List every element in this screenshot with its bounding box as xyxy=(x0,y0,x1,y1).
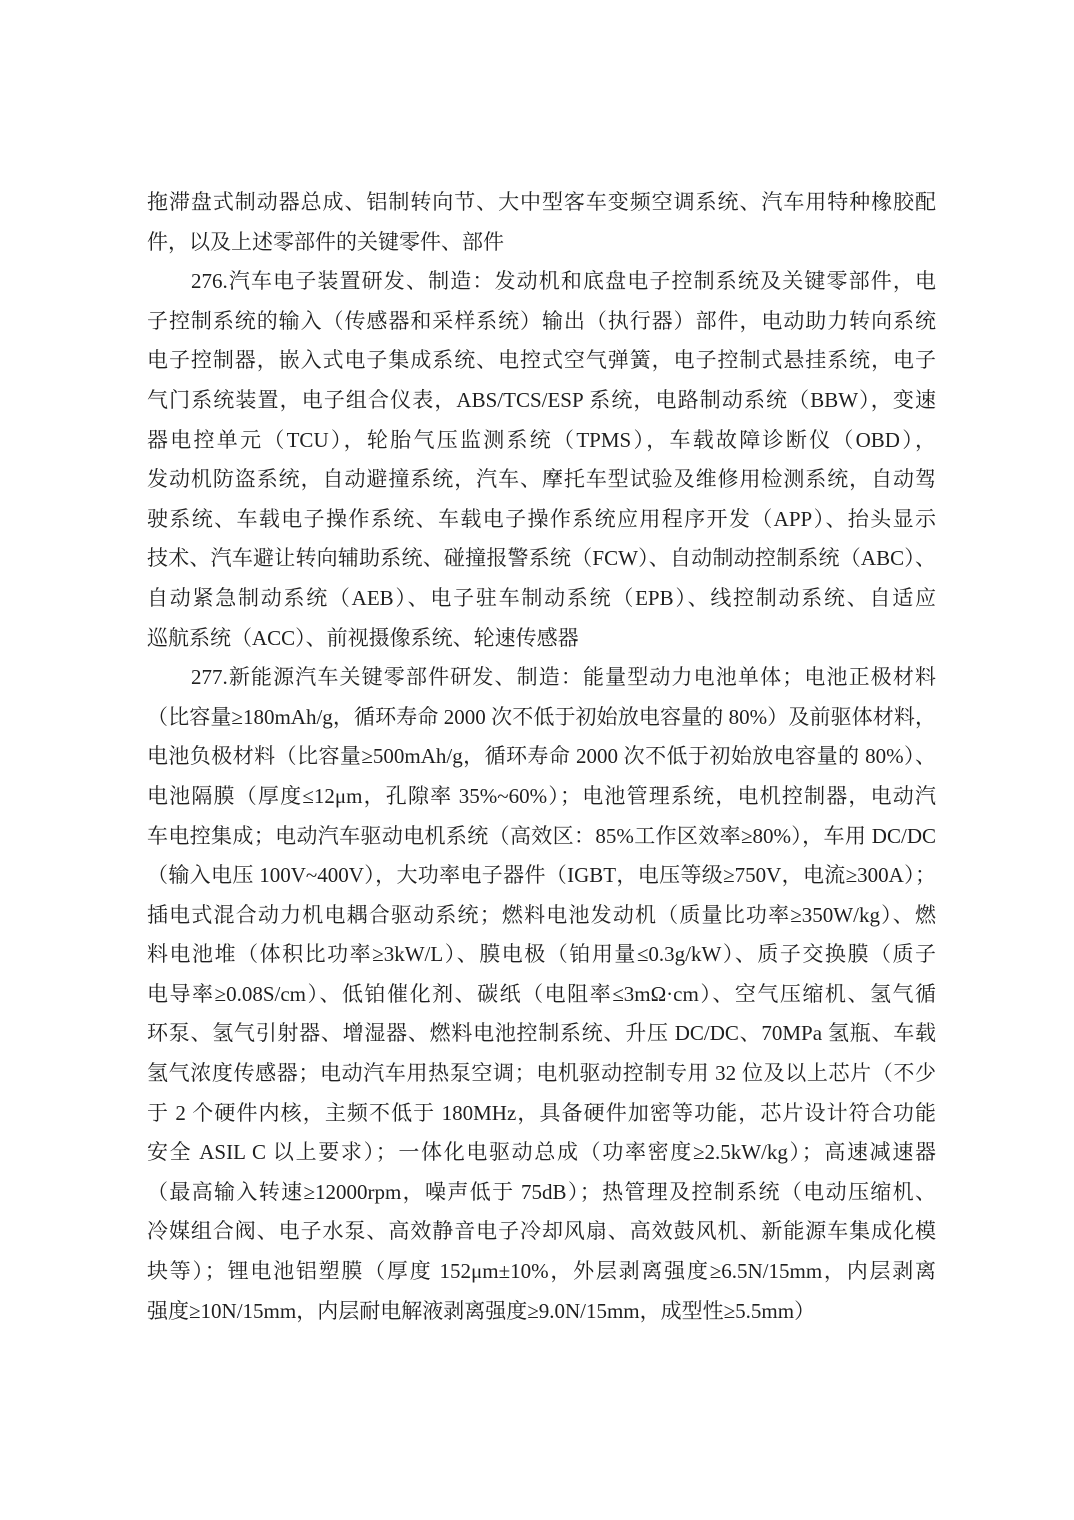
text-line: 强度≥10N/15mm，内层耐电解液剥离强度≥9.0N/15mm，成型性≥5.5… xyxy=(147,1292,936,1332)
document-text: 拖滞盘式制动器总成、铝制转向节、大中型客车变频空调系统、汽车用特种橡胶配件，以及… xyxy=(147,183,936,1331)
text-line: 氢气浓度传感器；电动汽车用热泵空调；电机驱动控制专用 32 位及以上芯片（不少 xyxy=(147,1054,936,1094)
text-line: （输入电压 100V~400V），大功率电子器件（IGBT，电压等级≥750V，… xyxy=(147,856,936,896)
text-line: 技术、汽车避让转向辅助系统、碰撞报警系统（FCW）、自动制动控制系统（ABC）、 xyxy=(147,539,936,579)
text-line: 发动机防盗系统，自动避撞系统，汽车、摩托车型试验及维修用检测系统，自动驾 xyxy=(147,460,936,500)
text-line: 冷媒组合阀、电子水泵、高效静音电子冷却风扇、高效鼓风机、新能源车集成化模 xyxy=(147,1212,936,1252)
text-line: 车电控集成；电动汽车驱动电机系统（高效区：85%工作区效率≥80%），车用 DC… xyxy=(147,817,936,857)
text-line: 插电式混合动力机电耦合驱动系统；燃料电池发动机（质量比功率≥350W/kg）、燃 xyxy=(147,896,936,936)
text-line: 器电控单元（TCU），轮胎气压监测系统（TPMS），车载故障诊断仪（OBD）， xyxy=(147,421,936,461)
text-line: 安全 ASIL C 以上要求）；一体化电驱动总成（功率密度≥2.5kW/kg）；… xyxy=(147,1133,936,1173)
text-line: 277.新能源汽车关键零部件研发、制造：能量型动力电池单体；电池正极材料 xyxy=(147,658,936,698)
text-line: 电池负极材料（比容量≥500mAh/g，循环寿命 2000 次不低于初始放电容量… xyxy=(147,737,936,777)
text-line: 环泵、氢气引射器、增湿器、燃料电池控制系统、升压 DC/DC、70MPa 氢瓶、… xyxy=(147,1014,936,1054)
text-line: 于 2 个硬件内核，主频不低于 180MHz，具备硬件加密等功能，芯片设计符合功… xyxy=(147,1094,936,1134)
text-line: 件，以及上述零部件的关键零件、部件 xyxy=(147,223,936,263)
text-line: 276.汽车电子装置研发、制造：发动机和底盘电子控制系统及关键零部件，电 xyxy=(147,262,936,302)
text-line: 气门系统装置，电子组合仪表，ABS/TCS/ESP 系统，电路制动系统（BBW）… xyxy=(147,381,936,421)
text-line: 巡航系统（ACC）、前视摄像系统、轮速传感器 xyxy=(147,619,936,659)
text-line: 块等）；锂电池铝塑膜（厚度 152μm±10%，外层剥离强度≥6.5N/15mm… xyxy=(147,1252,936,1292)
text-line: 电子控制器，嵌入式电子集成系统、电控式空气弹簧，电子控制式悬挂系统，电子 xyxy=(147,341,936,381)
text-line: 电导率≥0.08S/cm）、低铂催化剂、碳纸（电阻率≤3mΩ·cm）、空气压缩机… xyxy=(147,975,936,1015)
text-line: 料电池堆（体积比功率≥3kW/L）、膜电极（铂用量≤0.3g/kW）、质子交换膜… xyxy=(147,935,936,975)
text-line: （最高输入转速≥12000rpm，噪声低于 75dB）；热管理及控制系统（电动压… xyxy=(147,1173,936,1213)
text-line: （比容量≥180mAh/g，循环寿命 2000 次不低于初始放电容量的 80%）… xyxy=(147,698,936,738)
document-page: 拖滞盘式制动器总成、铝制转向节、大中型客车变频空调系统、汽车用特种橡胶配件，以及… xyxy=(0,0,1074,1520)
text-line: 电池隔膜（厚度≤12μm，孔隙率 35%~60%）；电池管理系统，电机控制器，电… xyxy=(147,777,936,817)
text-line: 自动紧急制动系统（AEB）、电子驻车制动系统（EPB）、线控制动系统、自适应 xyxy=(147,579,936,619)
text-line: 子控制系统的输入（传感器和采样系统）输出（执行器）部件，电动助力转向系统 xyxy=(147,302,936,342)
text-line: 拖滞盘式制动器总成、铝制转向节、大中型客车变频空调系统、汽车用特种橡胶配 xyxy=(147,183,936,223)
text-line: 驶系统、车载电子操作系统、车载电子操作系统应用程序开发（APP）、抬头显示 xyxy=(147,500,936,540)
